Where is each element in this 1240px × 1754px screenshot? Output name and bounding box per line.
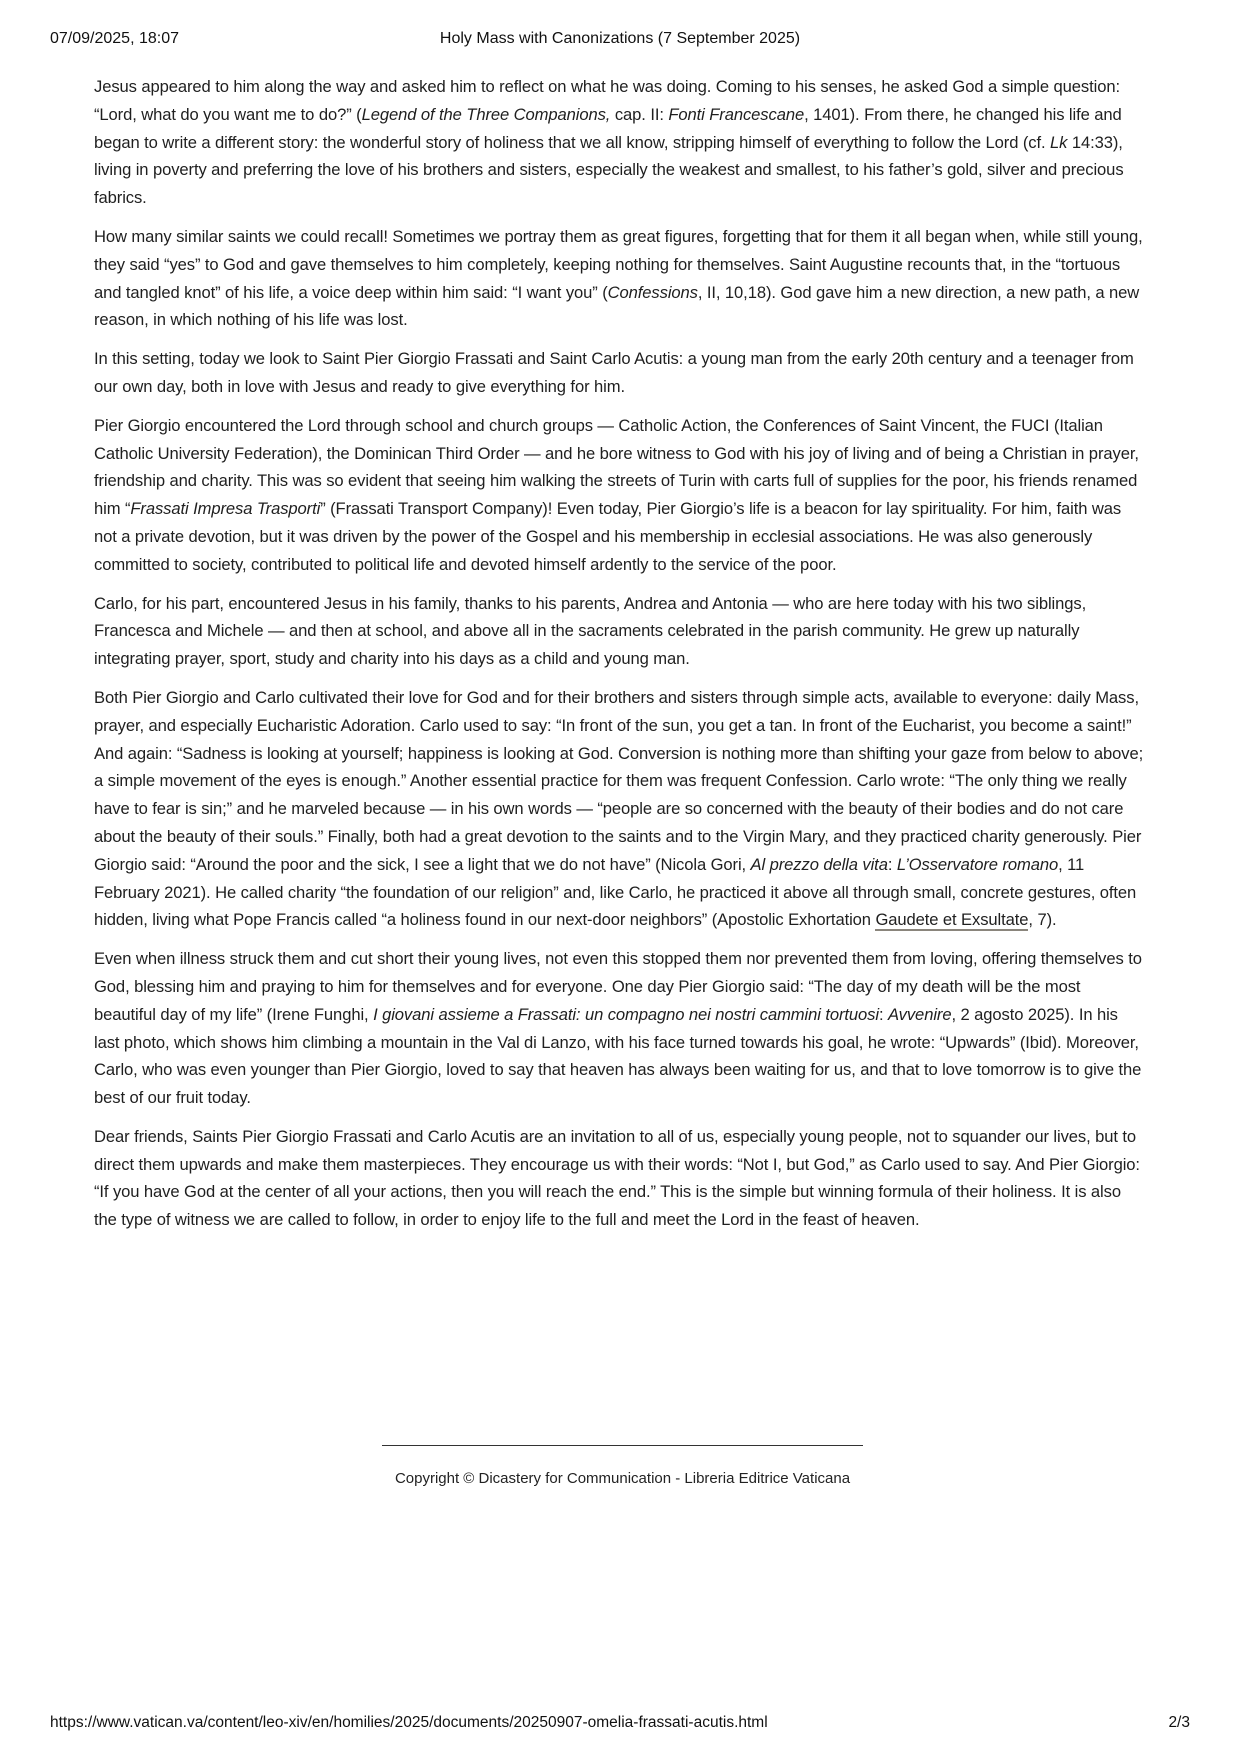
italic-citation: I giovani assieme a Frassati: un compagn…	[373, 1005, 879, 1024]
print-footer: https://www.vatican.va/content/leo-xiv/e…	[50, 1714, 1190, 1734]
gaudete-et-exsultate-link[interactable]: Gaudete et Exsultate	[875, 910, 1028, 931]
text-segment: :	[888, 855, 897, 874]
italic-citation: Fonti Francescane	[668, 105, 804, 124]
italic-citation: Al prezzo della vita	[751, 855, 888, 874]
italic-citation: Confessions	[608, 283, 698, 302]
paragraph: Pier Giorgio encountered the Lord throug…	[94, 412, 1146, 579]
paragraph: Even when illness struck them and cut sh…	[94, 945, 1146, 1112]
page-title: Holy Mass with Canonizations (7 Septembe…	[50, 30, 1190, 48]
paragraph: How many similar saints we could recall!…	[94, 223, 1146, 334]
text-segment: cap. II:	[610, 105, 668, 124]
copyright-notice: Copyright © Dicastery for Communication …	[382, 1470, 863, 1487]
page-url: https://www.vatican.va/content/leo-xiv/e…	[50, 1714, 768, 1732]
text-segment: In this setting, today we look to Saint …	[94, 349, 1134, 396]
text-segment: , 7).	[1028, 910, 1056, 929]
paragraph: Both Pier Giorgio and Carlo cultivated t…	[94, 684, 1146, 934]
italic-citation: L’Osservatore romano	[897, 855, 1058, 874]
italic-citation: Legend of the Three Companions,	[362, 105, 611, 124]
page-number: 2/3	[1168, 1714, 1190, 1732]
text-segment: :	[879, 1005, 888, 1024]
text-segment: Carlo, for his part, encountered Jesus i…	[94, 594, 1086, 669]
text-segment: Both Pier Giorgio and Carlo cultivated t…	[94, 688, 1143, 874]
italic-citation: Lk	[1050, 133, 1067, 152]
print-header: 07/09/2025, 18:07 Holy Mass with Canoniz…	[50, 30, 1190, 50]
footer-divider	[382, 1445, 863, 1446]
text-segment: Dear friends, Saints Pier Giorgio Frassa…	[94, 1127, 1140, 1229]
homily-body: Jesus appeared to him along the way and …	[94, 73, 1146, 1245]
italic-citation: Avvenire	[888, 1005, 951, 1024]
paragraph: Jesus appeared to him along the way and …	[94, 73, 1146, 212]
italic-citation: Frassati Impresa Trasporti	[130, 499, 320, 518]
paragraph: Carlo, for his part, encountered Jesus i…	[94, 590, 1146, 673]
paragraph: Dear friends, Saints Pier Giorgio Frassa…	[94, 1123, 1146, 1234]
paragraph: In this setting, today we look to Saint …	[94, 345, 1146, 401]
